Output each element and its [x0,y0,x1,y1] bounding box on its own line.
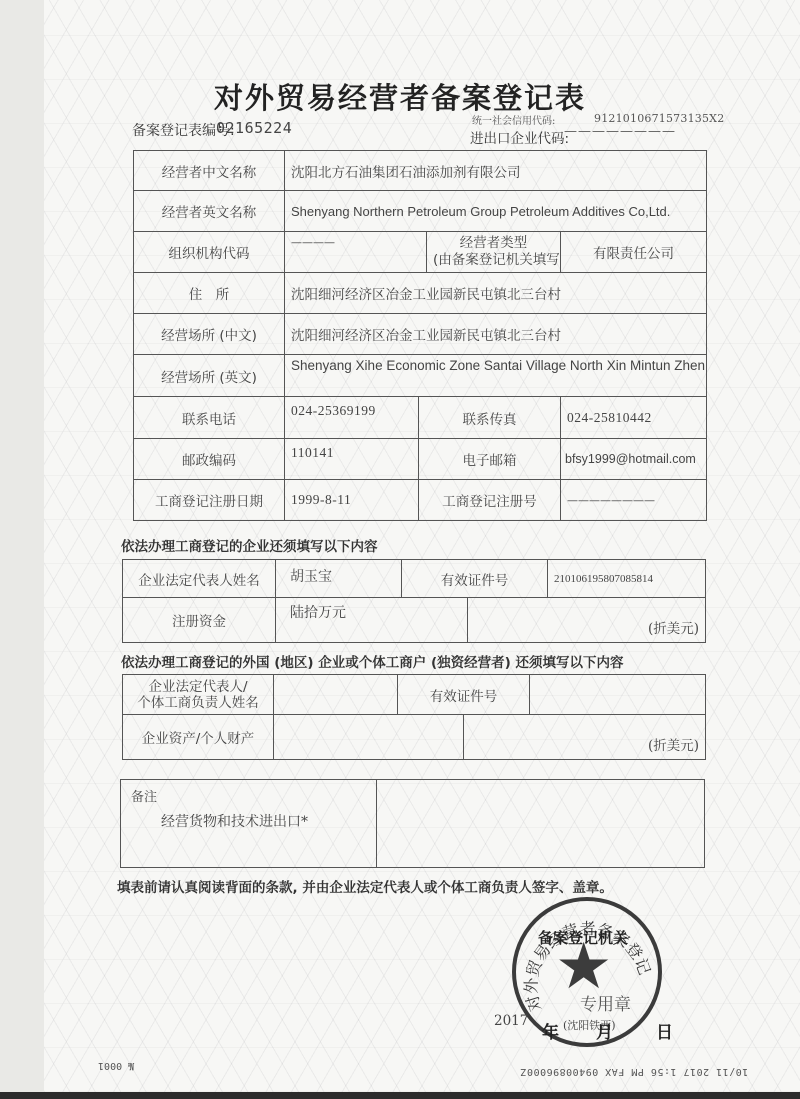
capital-usd: (折美元) [468,598,706,643]
operator-type-label: 经营者类型 (由备案登记机关填写) [427,232,561,273]
usd-note: (折美元) [648,621,699,637]
remarks-table: 备注 经营货物和技术进出口* [120,779,705,868]
operator-type-value: 有限责任公司 [561,232,707,273]
serial-mark: № 0001 [98,1060,134,1071]
table-row: 企业法定代表人姓名 胡玉宝 有效证件号 210106195807085814 [123,560,706,598]
table-row: 注册资金 陆拾万元 (折美元) [123,598,706,643]
table-row: 邮政编码 110141 电子邮箱 bfsy1999@hotmail.com [134,439,707,480]
premises-cn-label: 经营场所 (中文) [134,314,285,355]
enterprise-table: 企业法定代表人姓名 胡玉宝 有效证件号 210106195807085814 注… [122,559,706,643]
instruction-notice: 填表前请认真阅读背面的条款, 并由企业法定代表人或个体工商负责人签字、盖章。 [117,876,613,896]
table-row: 经营者英文名称 Shenyang Northern Petroleum Grou… [134,191,707,232]
operator-type-label-line2: (由备案登记机关填写) [433,252,554,269]
credit-code-label: 统一社会信用代码: [472,112,555,127]
legal-rep-label: 企业法定代表人姓名 [123,560,276,598]
org-code-value: ———— [285,232,427,273]
operator-type-label-line1: 经营者类型 [433,235,554,252]
reg-date-label: 工商登记注册日期 [134,480,285,521]
premises-en-label: 经营场所 (英文) [134,355,285,397]
phone-label: 联系电话 [134,397,285,439]
table-row: 组织机构代码 ———— 经营者类型 (由备案登记机关填写) 有限责任公司 [134,232,707,273]
rep-value [274,675,398,715]
table-row: 企业资产/个人财产 (折美元) [123,715,706,760]
fax-value: 024-25810442 [561,397,707,439]
reg-no-label: 工商登记注册号 [419,480,561,521]
stamp-seal-text: 专用章 [580,990,631,1015]
remarks-content: 经营货物和技术进出口* [131,811,366,831]
address-value: 沈阳细河经济区冶金工业园新民屯镇北三台村 [285,273,707,314]
cn-name-value: 沈阳北方石油集团石油添加剂有限公司 [285,151,707,191]
table-row: 备注 经营货物和技术进出口* [121,780,705,868]
rep-label-line1: 企业法定代表人/ [129,679,267,695]
date-year-char: 年 [542,1018,559,1043]
org-code-label: 组织机构代码 [134,232,285,273]
document-title: 对外贸易经营者备案登记表 [0,76,800,117]
rep-label: 企业法定代表人/ 个体工商负责人姓名 [123,675,274,715]
remarks-label: 备注 [131,786,366,805]
id-label: 有效证件号 [398,675,530,715]
remarks-right-cell [377,780,705,868]
table-row: 经营场所 (中文) 沈阳细河经济区冶金工业园新民屯镇北三台村 [134,314,707,355]
foreign-individual-table: 企业法定代表人/ 个体工商负责人姓名 有效证件号 企业资产/个人财产 (折美元) [122,674,706,760]
fax-label: 联系传真 [419,397,561,439]
usd-note: (折美元) [648,738,699,754]
table-row: 经营者中文名称 沈阳北方石油集团石油添加剂有限公司 [134,151,707,191]
assets-usd: (折美元) [464,715,706,760]
fax-header-mark: 10/11 2017 1:56 PM FAX 09400896000Z [520,1066,748,1077]
ie-code-value: ———————— [564,124,676,139]
premises-en-value: Shenyang Xihe Economic Zone Santai Villa… [285,355,707,397]
scan-edge [0,1092,800,1099]
postcode-label: 邮政编码 [134,439,285,480]
phone-value: 024-25369199 [285,397,419,439]
table-row: 经营场所 (英文) Shenyang Xihe Economic Zone Sa… [134,355,707,397]
email-value: bfsy1999@hotmail.com [561,439,707,480]
date-day-char: 日 [656,1018,673,1043]
id-value [530,675,706,715]
legal-rep-value: 胡玉宝 [276,560,402,598]
assets-value [274,715,464,760]
rep-label-line2: 个体工商负责人姓名 [129,695,267,711]
table-row: 住 所 沈阳细河经济区冶金工业园新民屯镇北三台村 [134,273,707,314]
reg-date-value: 1999-8-11 [285,480,419,521]
remarks-cell: 备注 经营货物和技术进出口* [121,780,377,868]
date-year: 2017 [494,1013,528,1029]
table-row: 联系电话 024-25369199 联系传真 024-25810442 [134,397,707,439]
ie-code-label: 进出口企业代码: [470,127,569,147]
id-value: 210106195807085814 [548,560,706,598]
en-name-label: 经营者英文名称 [134,191,285,232]
id-label: 有效证件号 [402,560,548,598]
table-row: 企业法定代表人/ 个体工商负责人姓名 有效证件号 [123,675,706,715]
main-info-table: 经营者中文名称 沈阳北方石油集团石油添加剂有限公司 经营者英文名称 Shenya… [133,150,707,521]
cn-name-label: 经营者中文名称 [134,151,285,191]
table-row: 工商登记注册日期 1999-8-11 工商登记注册号 ———————— [134,480,707,521]
address-label: 住 所 [134,273,285,314]
reg-no-value: ———————— [561,480,707,521]
section2-heading: 依法办理工商登记的企业还须填写以下内容 [121,535,378,555]
assets-label: 企业资产/个人财产 [123,715,274,760]
capital-value: 陆拾万元 [276,598,468,643]
premises-cn-value: 沈阳细河经济区冶金工业园新民屯镇北三台村 [285,314,707,355]
section3-heading: 依法办理工商登记的外国 (地区) 企业或个体工商户 (独资经营者) 还须填写以下… [121,651,623,671]
date-month-char: 月 [596,1018,613,1043]
registration-no-value: 02165224 [216,119,292,137]
postcode-value: 110141 [285,439,419,480]
email-label: 电子邮箱 [419,439,561,480]
capital-label: 注册资金 [123,598,276,643]
en-name-value: Shenyang Northern Petroleum Group Petrol… [285,191,707,232]
